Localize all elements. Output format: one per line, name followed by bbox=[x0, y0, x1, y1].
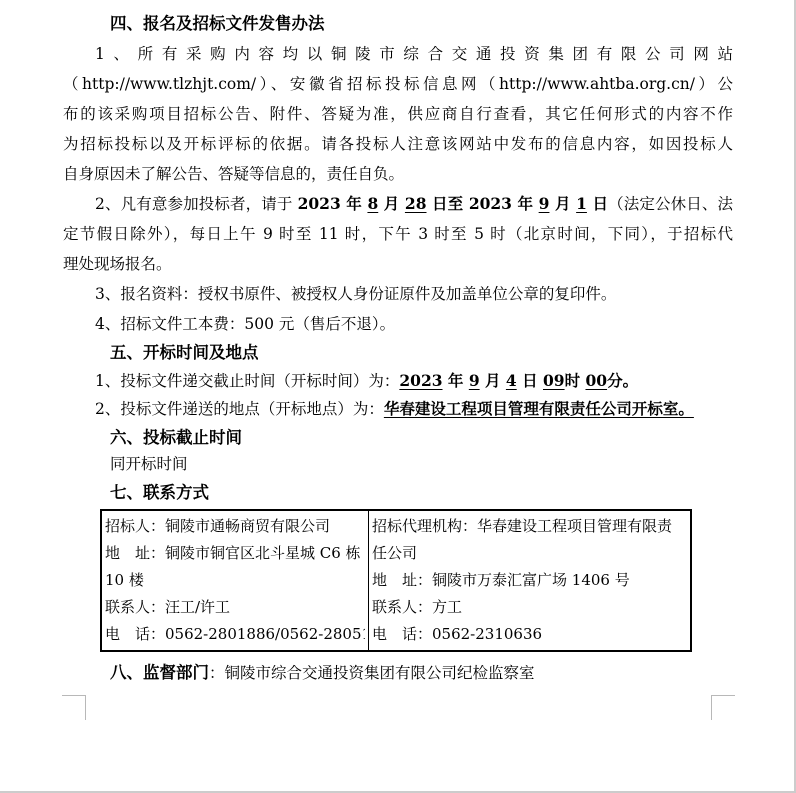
date-day-underlined: 28 bbox=[405, 194, 427, 213]
text-boundary-mark-right bbox=[711, 695, 735, 720]
bidder-address-line2: 10 楼 bbox=[105, 567, 365, 594]
date-segment: 年 bbox=[443, 371, 469, 390]
s4-p2-line3: 理处现场报名。 bbox=[63, 249, 733, 279]
date-segment: 2023 年 bbox=[469, 194, 539, 213]
text-segment: 1、投标文件递交截止时间（开标时间）为： bbox=[95, 372, 399, 390]
section5-heading: 五、开标时间及地点 bbox=[63, 339, 733, 367]
s4-p1-line1: 1、所有采购内容均以铜陵市综合交通投资集团有限公司网站 bbox=[63, 39, 733, 69]
section8-line: 八、监督部门：铜陵市综合交通投资集团有限公司纪检监察室 bbox=[63, 659, 733, 687]
date-day-underlined: 1 bbox=[576, 194, 587, 213]
section4-heading: 四、报名及招标文件发售办法 bbox=[63, 9, 733, 39]
bidder-phone: 电 话：0562-2801886/0562-2805111 bbox=[105, 621, 365, 648]
s4-item3: 3、报名资料：授权书原件、被授权人身份证原件及加盖单位公章的复印件。 bbox=[63, 279, 733, 309]
date-segment: 分。 bbox=[607, 371, 638, 390]
opening-place: 华春建设工程项目管理有限责任公司开标室。 bbox=[384, 399, 694, 418]
text-segment: 2、凡有意参加投标者，请于 bbox=[95, 195, 298, 213]
date-segment: 月 bbox=[549, 194, 576, 213]
s6-body: 同开标时间 bbox=[63, 451, 733, 479]
s4-p1-line3: 布的该采购项目招标公告、附件、答疑为准，供应商自行查看，其它任何形式的内容不作 bbox=[63, 99, 733, 129]
date-segment: 日 bbox=[587, 194, 608, 213]
section7-heading: 七、联系方式 bbox=[63, 479, 733, 507]
bidder-name: 招标人：铜陵市通畅商贸有限公司 bbox=[105, 513, 365, 540]
agent-address: 地 址：铜陵市万泰汇富广场 1406 号 bbox=[372, 567, 687, 594]
bidder-address-line1: 地 址：铜陵市铜官区北斗星城 C6 栋 bbox=[105, 540, 365, 567]
bidder-cell: 招标人：铜陵市通畅商贸有限公司 地 址：铜陵市铜官区北斗星城 C6 栋 10 楼… bbox=[102, 511, 369, 650]
s5-item2: 2、投标文件递送的地点（开标地点）为：华春建设工程项目管理有限责任公司开标室。 bbox=[63, 395, 733, 424]
deadline-hour: 09 bbox=[543, 371, 565, 390]
agent-name-line2: 任公司 bbox=[372, 540, 687, 567]
text-boundary-mark-left bbox=[62, 695, 86, 720]
deadline-year: 2023 bbox=[399, 371, 442, 390]
text-segment: （法定公休日、法 bbox=[608, 195, 733, 213]
s4-p2-line1: 2、凡有意参加投标者，请于 2023 年 8 月 28 日至 2023 年 9 … bbox=[63, 189, 733, 219]
section8-body: ：铜陵市综合交通投资集团有限公司纪检监察室 bbox=[209, 664, 535, 682]
s4-p1-line5: 自身原因未了解公告、答疑等信息的，责任自负。 bbox=[63, 159, 733, 189]
date-segment: 2023 年 bbox=[298, 194, 368, 213]
deadline-minute: 00 bbox=[585, 371, 607, 390]
agent-phone: 电 话：0562-2310636 bbox=[372, 621, 687, 648]
date-segment: 时 bbox=[565, 371, 586, 390]
agent-name-line1: 招标代理机构：华春建设工程项目管理有限责 bbox=[372, 513, 687, 540]
agent-contact-person: 联系人：方工 bbox=[372, 594, 687, 621]
document-content: 四、报名及招标文件发售办法 1、所有采购内容均以铜陵市综合交通投资集团有限公司网… bbox=[63, 0, 733, 687]
date-segment: 日至 bbox=[427, 194, 469, 213]
s4-p1-line2: （http://www.tlzhjt.com/）、安徽省招标投标信息网（http… bbox=[63, 69, 733, 99]
bidder-contact-person: 联系人：汪工/许工 bbox=[105, 594, 365, 621]
agent-cell: 招标代理机构：华春建设工程项目管理有限责 任公司 地 址：铜陵市万泰汇富广场 1… bbox=[369, 511, 690, 650]
deadline-month: 9 bbox=[469, 371, 480, 390]
document-page: 四、报名及招标文件发售办法 1、所有采购内容均以铜陵市综合交通投资集团有限公司网… bbox=[0, 0, 796, 793]
date-segment: 日 bbox=[517, 371, 543, 390]
date-segment: 月 bbox=[378, 194, 405, 213]
deadline-day: 4 bbox=[506, 371, 517, 390]
date-day-underlined: 8 bbox=[367, 194, 378, 213]
text-segment: 2、投标文件递送的地点（开标地点）为： bbox=[95, 400, 384, 418]
s4-item4: 4、招标文件工本费：500 元（售后不退）。 bbox=[63, 309, 733, 339]
date-segment: 月 bbox=[480, 371, 506, 390]
s4-p2-line2: 定节假日除外），每日上午 9 时至 11 时，下午 3 时至 5 时（北京时间，… bbox=[63, 219, 733, 249]
contact-table: 招标人：铜陵市通畅商贸有限公司 地 址：铜陵市铜官区北斗星城 C6 栋 10 楼… bbox=[100, 509, 692, 652]
s4-p1-line4: 为招标投标以及开标评标的依据。请各投标人注意该网站中发布的信息内容，如因投标人 bbox=[63, 129, 733, 159]
date-day-underlined: 9 bbox=[539, 194, 550, 213]
s5-item1: 1、投标文件递交截止时间（开标时间）为：2023 年 9 月 4 日 09时 0… bbox=[63, 367, 733, 396]
section6-heading: 六、投标截止时间 bbox=[63, 424, 733, 452]
section8-heading: 八、监督部门 bbox=[63, 663, 209, 682]
